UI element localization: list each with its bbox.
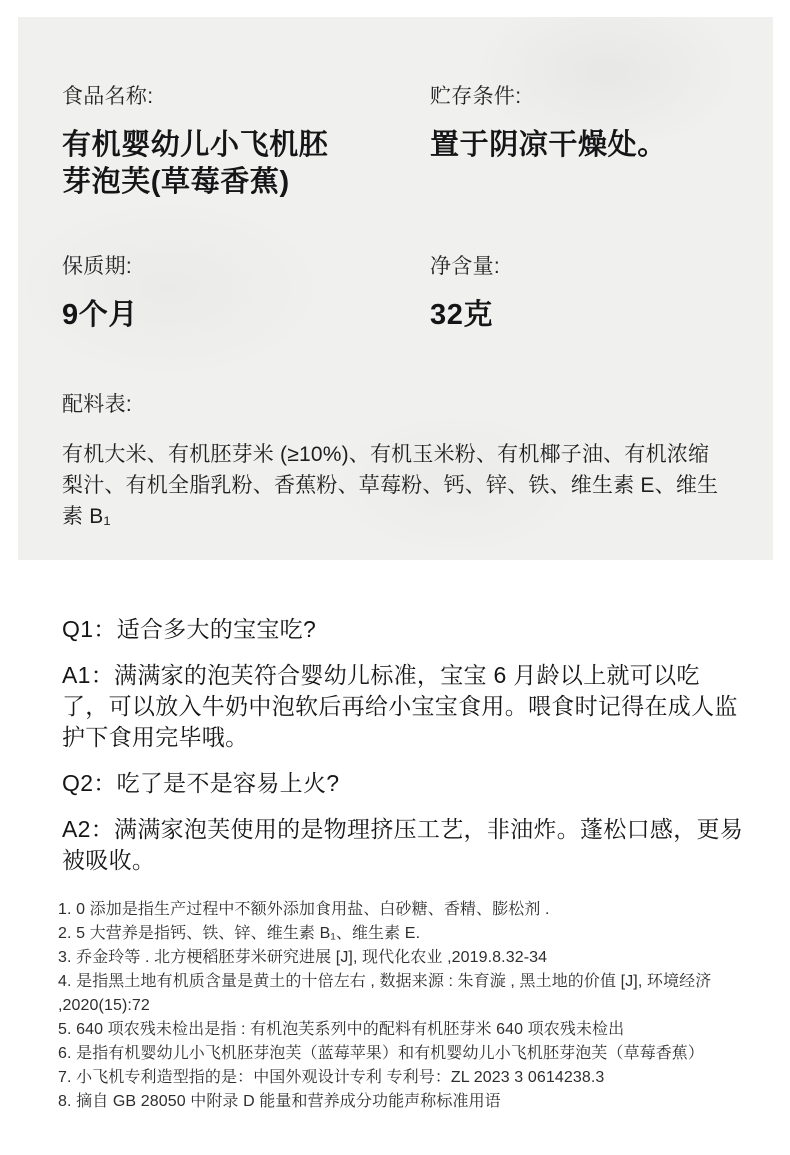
footnotes-list: 1. 0 添加是指生产过程中不额外添加食用盐、白砂糖、香精、膨松剂 . 2. 5… xyxy=(0,898,790,1114)
net-content-value: 32克 xyxy=(430,297,729,334)
shelf-life-label: 保质期: xyxy=(62,253,430,280)
product-name-label: 食品名称: xyxy=(62,83,430,110)
qa-section: Q1：适合多大的宝宝吃? A1：满满家的泡芙符合婴幼儿标准，宝宝 6 月龄以上就… xyxy=(0,560,790,876)
spec-grid-row-1: 食品名称: 有机婴幼儿小飞机胚 芽泡芙(草莓香蕉) 贮存条件: 置于阴凉干燥处。… xyxy=(62,83,729,334)
footnote-2: 2. 5 大营养是指钙、铁、锌、维生素 B₁、维生素 E. xyxy=(58,922,756,946)
storage-condition-label: 贮存条件: xyxy=(430,83,729,110)
ingredients-text: 有机大米、有机胚芽米 (≥10%)、有机玉米粉、有机椰子油、有机浓缩梨汁、有机全… xyxy=(62,439,729,532)
footnote-5: 5. 640 项农残未检出是指 : 有机泡芙系列中的配料有机胚芽米 640 项农… xyxy=(58,1018,756,1042)
storage-condition-value: 置于阴凉干燥处。 xyxy=(430,127,729,164)
question-2: Q2：吃了是不是容易上火? xyxy=(62,767,746,799)
product-name-value: 有机婴幼儿小飞机胚 芽泡芙(草莓香蕉) xyxy=(62,127,430,201)
field-shelf-life: 保质期: 9个月 xyxy=(62,253,430,334)
footnote-6: 6. 是指有机婴幼儿小飞机胚芽泡芙（蓝莓苹果）和有机婴幼儿小飞机胚芽泡芙（草莓香… xyxy=(58,1042,756,1066)
footnote-3: 3. 乔金玲等 . 北方梗稻胚芽米研究进展 [J], 现代化农业 ,2019.8… xyxy=(58,946,756,970)
footnote-1: 1. 0 添加是指生产过程中不额外添加食用盐、白砂糖、香精、膨松剂 . xyxy=(58,898,756,922)
product-spec-card: 食品名称: 有机婴幼儿小飞机胚 芽泡芙(草莓香蕉) 贮存条件: 置于阴凉干燥处。… xyxy=(18,17,773,560)
ingredients-label: 配料表: xyxy=(62,391,729,418)
footnote-7: 7. 小飞机专利造型指的是：中国外观设计专利 专利号：ZL 2023 3 061… xyxy=(58,1066,756,1090)
answer-2: A2：满满家泡芙使用的是物理挤压工艺，非油炸。蓬松口感，更易被吸收。 xyxy=(62,814,746,876)
product-info-page: 食品名称: 有机婴幼儿小飞机胚 芽泡芙(草莓香蕉) 贮存条件: 置于阴凉干燥处。… xyxy=(0,17,790,1114)
footnote-8: 8. 摘自 GB 28050 中附录 D 能量和营养成分功能声称标准用语 xyxy=(58,1090,756,1114)
footnote-4: 4. 是指黑土地有机质含量是黄土的十倍左右 , 数据来源 : 朱育漩 , 黑土地… xyxy=(58,970,756,1018)
shelf-life-value: 9个月 xyxy=(62,297,430,334)
answer-1: A1：满满家的泡芙符合婴幼儿标准，宝宝 6 月龄以上就可以吃了，可以放入牛奶中泡… xyxy=(62,660,746,753)
field-storage-condition: 贮存条件: 置于阴凉干燥处。 xyxy=(430,83,729,201)
field-product-name: 食品名称: 有机婴幼儿小飞机胚 芽泡芙(草莓香蕉) xyxy=(62,83,430,201)
question-1: Q1：适合多大的宝宝吃? xyxy=(62,613,746,645)
field-net-content: 净含量: 32克 xyxy=(430,253,729,334)
net-content-label: 净含量: xyxy=(430,253,729,280)
ingredients-block: 配料表: 有机大米、有机胚芽米 (≥10%)、有机玉米粉、有机椰子油、有机浓缩梨… xyxy=(62,391,729,532)
